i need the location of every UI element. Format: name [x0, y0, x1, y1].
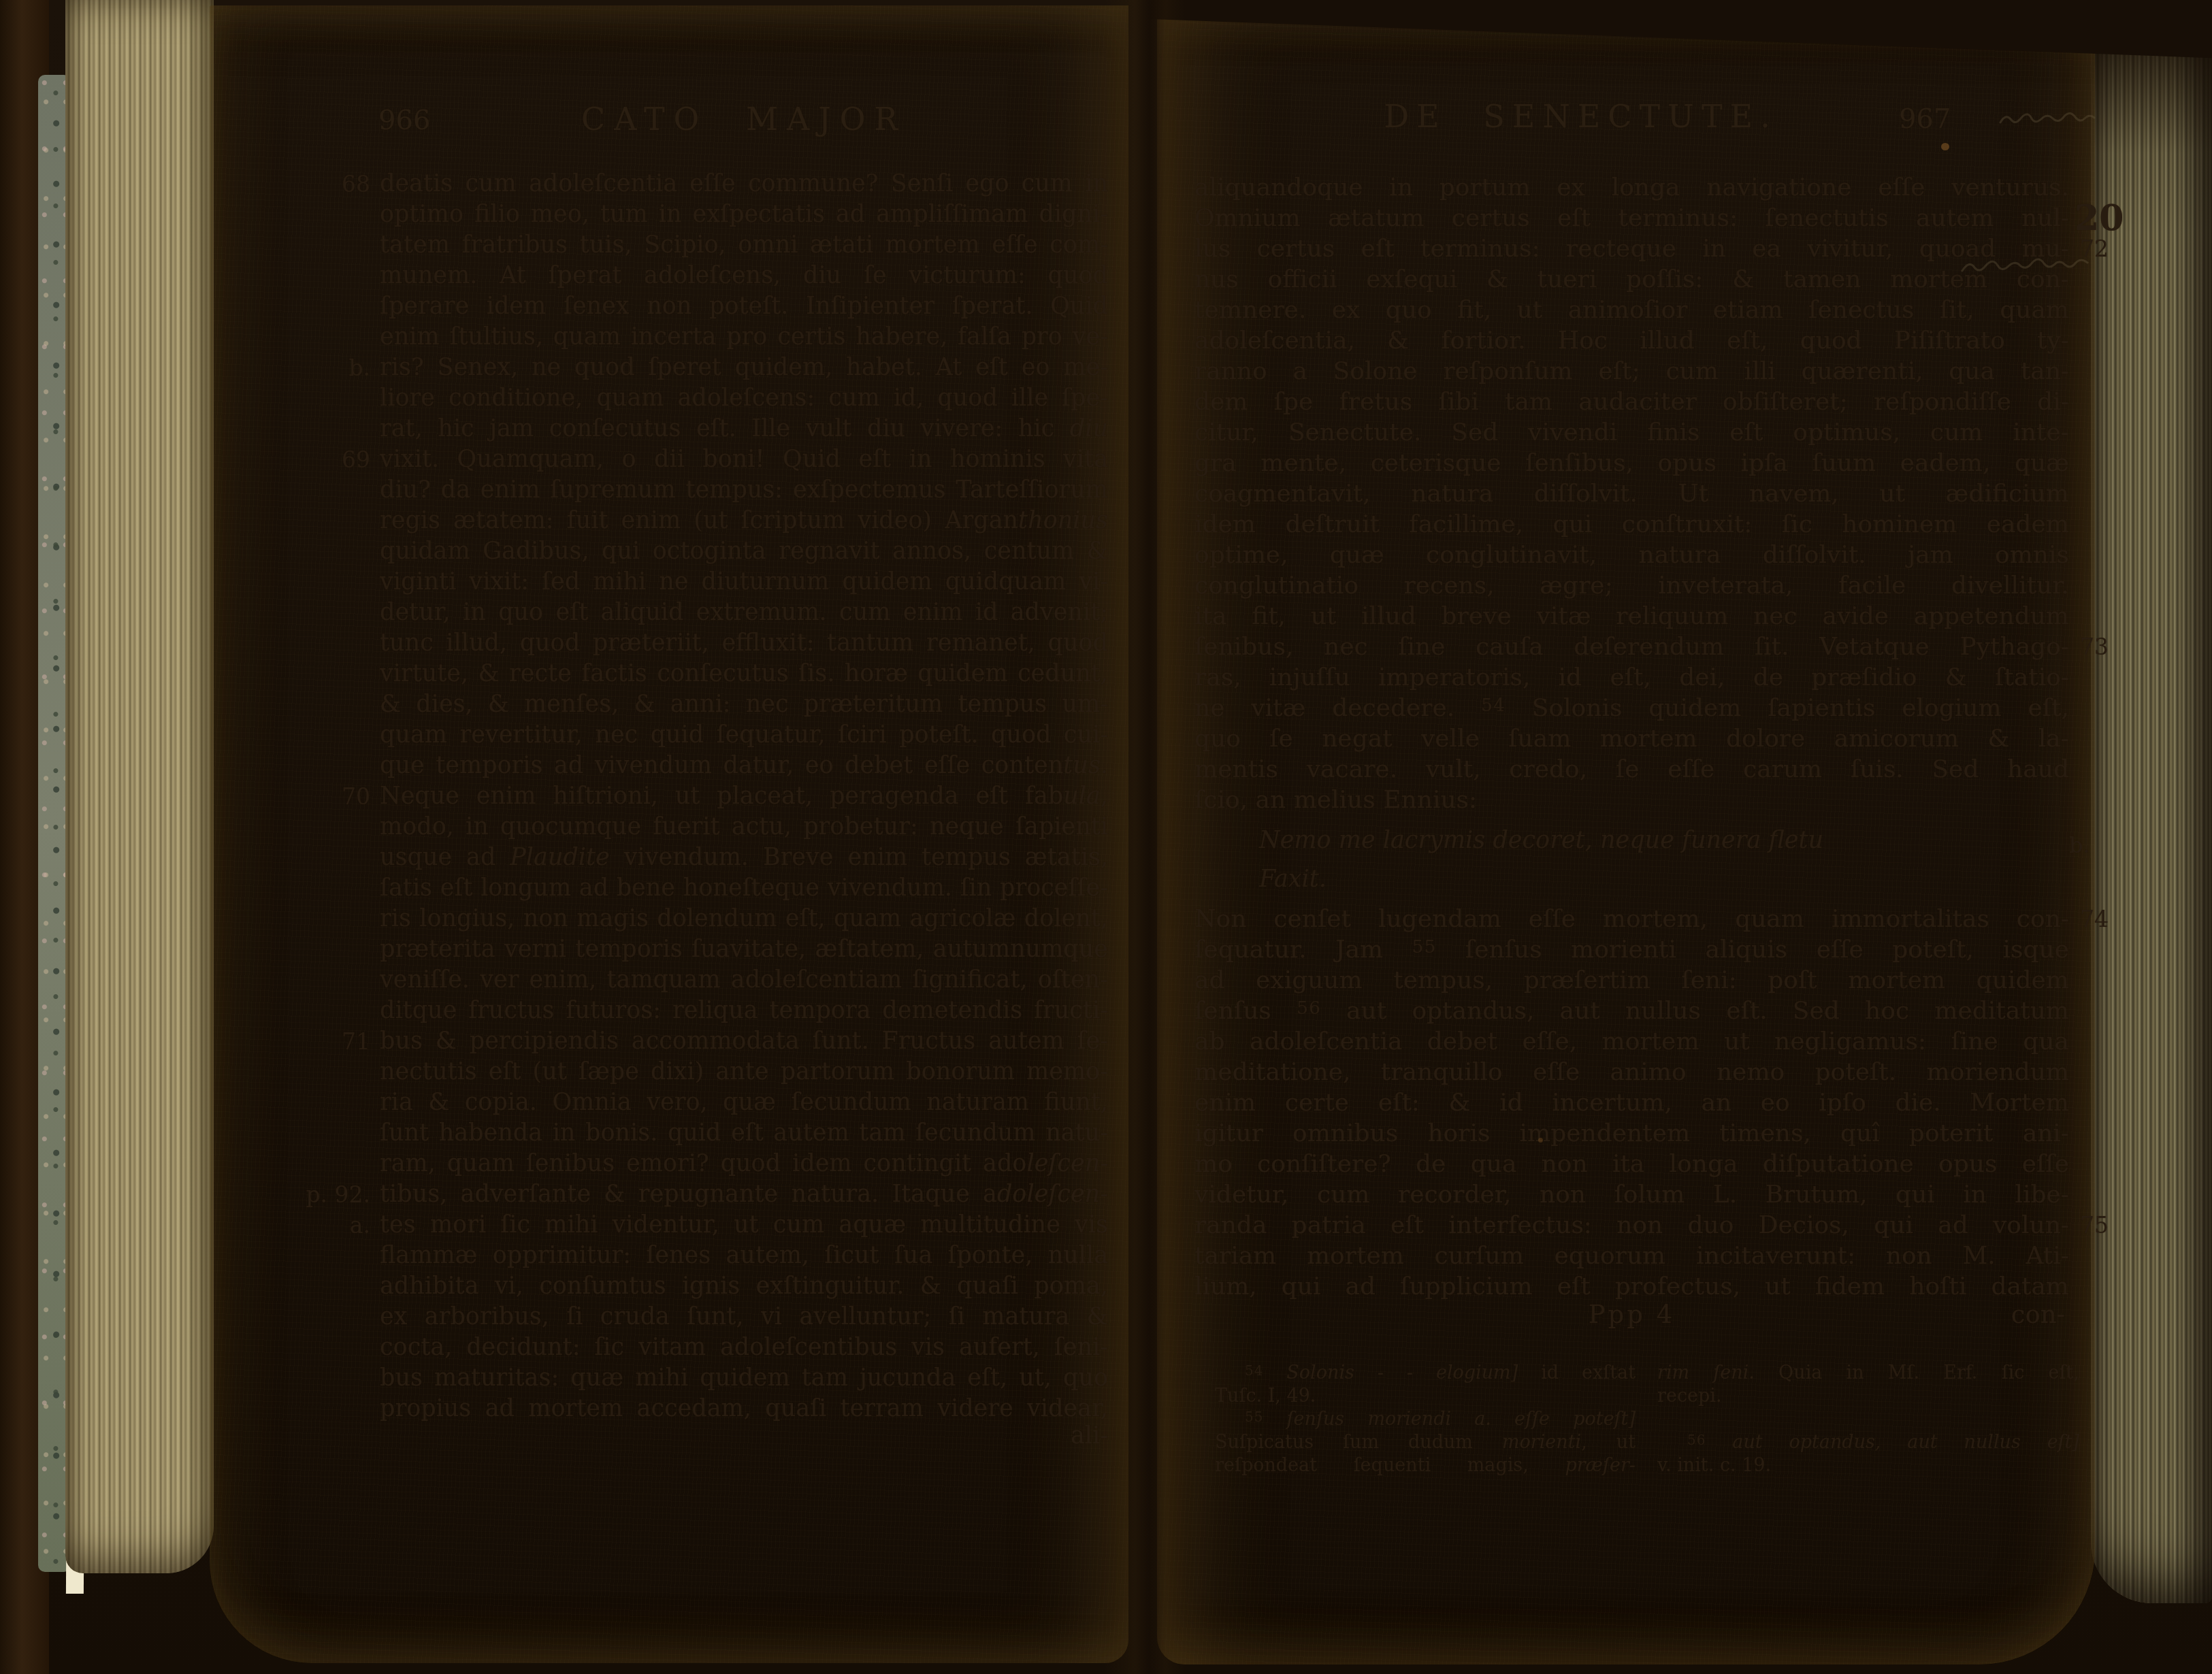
text-line: Suſpicatus ſum dudum morienti, ut — [1215, 1432, 1636, 1455]
folio-number: 966 — [378, 105, 430, 136]
text-line: mo conſiſtere? de qua non ita longa diſp… — [1194, 1150, 2069, 1181]
right-page: DE SENECTUTE. 967 aliquandoque in portum… — [1157, 8, 2095, 1664]
text-line: præterita verni temporis ſuavitate, æſta… — [380, 936, 1108, 966]
text-line: Tuſc. I, 49. — [1215, 1385, 1636, 1409]
text-line: ad exiguum tempus, præſertim ſeni: poſt … — [1194, 966, 2069, 997]
text-line: deatis cum adoleſcentia eſſe commune? Se… — [380, 170, 1108, 201]
text-line: idem deſtruit facillime, qui conſtruxit:… — [1194, 510, 2069, 541]
text-line: ris longius, non magis dolendum eſt, qua… — [380, 905, 1108, 936]
text-line: coagmentavit, natura diſſolvit. Ut navem… — [1194, 480, 2069, 510]
age-spot — [1941, 143, 1949, 150]
text-line: ſatis eſt longum ad bene honeſteque vive… — [380, 874, 1108, 905]
margin-number: 74 — [2080, 906, 2109, 932]
text-line: 54 Solonis - - elogium] id exſtat — [1215, 1362, 1636, 1385]
signature-mark: Ppp 4 — [1194, 1300, 2069, 1329]
text-line: optime, quæ conglutinavit, natura diſſol… — [1194, 541, 2069, 572]
text-line: ab adoleſcentia debet eſſe, mortem ut ne… — [1194, 1028, 2069, 1058]
text-line: nectutis eſt (ut ſæpe dixi) ante partoru… — [380, 1058, 1108, 1089]
text-line: enim ſtultius, quam incerta pro certis h… — [380, 323, 1108, 354]
text-line: ſcio, an melius Ennius: — [1194, 786, 2069, 817]
text-line: v. init. c. 19. — [1657, 1455, 2079, 1478]
left-page: 966 CATO MAJOR deatis cum adoleſcentia e… — [210, 5, 1128, 1663]
text-line: lus certus eſt terminus: recteque in ea … — [1194, 235, 2069, 265]
catchword: con- — [2011, 1300, 2065, 1329]
text-line: veniſſe. ver enim, tamquam adoleſcentiam… — [380, 966, 1108, 997]
text-line: dem ſpe fretus ſibi tam audaciter obſiſt… — [1194, 388, 2069, 419]
text-line: tibus, adverſante & repugnante natura. I… — [380, 1181, 1108, 1211]
pencil-annotation — [1959, 245, 2095, 293]
verse-quote: Nemo me lacrymis decoret, neque funera f… — [1259, 827, 1987, 904]
margin-number: a. — [350, 1212, 370, 1238]
text-line: enim certe eſt: & id incertum, an eo ipſ… — [1194, 1089, 2069, 1119]
right-text-block-upper: aliquandoque in portum ex longa navigati… — [1194, 174, 2069, 817]
pencil-annotation — [1998, 95, 2100, 143]
folio-number: 967 — [1899, 103, 1951, 135]
footnote-column-left: 54 Solonis - - elogium] id exſtatTuſc. I… — [1215, 1362, 1636, 1478]
text-line: ſenſus 56 aut optandus, aut nullus eſt. … — [1194, 997, 2069, 1028]
text-line: ita fit, ut illud breve vitæ reliquum ne… — [1194, 602, 2069, 633]
margin-number: 20 — [2075, 197, 2124, 239]
text-line: adhibita vi, conſumtus ignis exſtinguitu… — [380, 1273, 1108, 1303]
running-title: DE SENECTUTE. — [1194, 98, 1967, 135]
footnote-column-right: rim ſeni. Quia in Mſ. Erf. ſic eſt,recep… — [1657, 1362, 2079, 1478]
text-line: 56 aut optandus, aut nullus eſt] — [1657, 1432, 2079, 1455]
right-text-block-lower: Non cenſet lugendam eſſe mortem, quam im… — [1194, 905, 2069, 1303]
margin-number: 70 — [342, 783, 370, 810]
text-line: ſunt habenda in bonis. quid eſt autem ta… — [380, 1119, 1108, 1150]
text-line: flammæ opprimitur: ſenes autem, ſicut ſu… — [380, 1242, 1108, 1273]
text-line: bus & percipiendis accommodata ſunt. Fru… — [380, 1028, 1108, 1058]
text-line: citur, Senectute. Sed vivendi finis eſt … — [1194, 419, 2069, 449]
text-line: quo ſe negat velle ſuam mortem dolore am… — [1194, 725, 2069, 755]
text-line: ram, quam ſenibus emori? quod idem conti… — [380, 1150, 1108, 1181]
text-line: regis ætatem: fuit enim (ut ſcriptum vid… — [380, 507, 1108, 538]
text-line: Nemo me lacrymis decoret, neque funera f… — [1259, 827, 1987, 866]
text-line: tunc illud, quod præteriit, effluxit: ta… — [380, 629, 1108, 660]
text-line: liore conditione, quam adoleſcens: cum i… — [380, 384, 1108, 415]
text-line: detur, in quo eſt aliquid extremum. cum … — [380, 599, 1108, 629]
text-line: 55 ſenſus moriendi a. eſſe poteſt] — [1215, 1409, 1636, 1432]
signature-row: Ppp 4 con- — [1194, 1300, 2069, 1329]
text-line: meditatione, tranquillo eſſe animo nemo … — [1194, 1058, 2069, 1089]
text-line: aliquandoque in portum ex longa navigati… — [1194, 174, 2069, 204]
text-line: cocta, decidunt: ſic vitam adoleſcentibu… — [380, 1334, 1108, 1364]
margin-number: p. 92. — [306, 1181, 370, 1208]
text-line: optimo filio meo, tum in exſpectatis ad … — [380, 201, 1108, 231]
text-line: temnere. ex quo fit, ut animoſior etiam … — [1194, 296, 2069, 327]
text-line: Omnium ætatum certus eſt terminus: ſenec… — [1194, 204, 2069, 235]
text-line: ris? Senex, ne quod ſperet quidem, habet… — [380, 354, 1108, 384]
book-photo: 966 CATO MAJOR deatis cum adoleſcentia e… — [0, 0, 2212, 1674]
left-page-header: 966 CATO MAJOR — [380, 101, 1108, 137]
text-line: conglutinatio recens, ægre; inveterata, … — [1194, 572, 2069, 602]
text-line: quidam Gadibus, qui octoginta regnavit a… — [380, 538, 1108, 568]
text-line: ras, injuſſu imperatoris, id eſt, dei, d… — [1194, 663, 2069, 694]
margin-number: 75 — [2080, 1212, 2109, 1238]
text-line: bus maturitas: quæ mihi quidem tam jucun… — [380, 1364, 1108, 1395]
text-line: randa patria eſt interfectus: non duo De… — [1194, 1211, 2069, 1242]
text-line: igitur omnibus horis impendentem timens,… — [1194, 1119, 2069, 1150]
text-line: Non cenſet lugendam eſſe mortem, quam im… — [1194, 905, 2069, 936]
text-line: ex arboribus, ſi cruda ſunt, vi avellunt… — [380, 1303, 1108, 1334]
text-line: tatem fratribus tuis, Scipio, omni ætati… — [380, 231, 1108, 262]
left-text-block: deatis cum adoleſcentia eſſe commune? Se… — [380, 170, 1108, 1426]
fore-edge-right — [2091, 18, 2212, 1603]
text-line: munem. At ſperat adoleſcens, diu ſe vict… — [380, 262, 1108, 293]
margin-number: 69 — [342, 446, 370, 473]
age-spot — [1538, 1138, 1543, 1143]
text-line: viginti vixit: ſed mihi ne diuturnum qui… — [380, 568, 1108, 599]
text-line — [1657, 1409, 2079, 1432]
text-line: videtur, cum recorder, non ſolum L. Brut… — [1194, 1181, 2069, 1211]
margin-number: 68 — [342, 171, 370, 197]
fore-edge-left — [65, 0, 214, 1573]
text-line: tes mori ſic mihi videntur, ut cum aquæ … — [380, 1211, 1108, 1242]
text-line: reſpondeat ſequenti magis, præſer- — [1215, 1455, 1636, 1478]
text-line: Neque enim hiſtrioni, ut placeat, perage… — [380, 783, 1108, 813]
text-line: nus officii exſequi & tueri poſſis: & ta… — [1194, 265, 2069, 296]
right-page-header: DE SENECTUTE. 967 — [1194, 98, 2069, 135]
text-line: ditque fructus futuros: reliqua tempora … — [380, 997, 1108, 1028]
text-line: rim ſeni. Quia in Mſ. Erf. ſic eſt, — [1657, 1362, 2079, 1385]
text-line: rat, hic jam conſecutus eſt. Ille vult d… — [380, 415, 1108, 446]
margin-number: b. — [348, 355, 370, 381]
text-line: diu? da enim ſupremum tempus: exſpectemu… — [380, 476, 1108, 507]
text-line: Faxit. — [1259, 866, 1987, 904]
margin-number: 73 — [2080, 634, 2109, 660]
text-line: tariam mortem curſum equorum incitaverun… — [1194, 1242, 2069, 1273]
text-line: gra mente, ceterisque ſenſibus, opus ipſ… — [1194, 449, 2069, 480]
catchword: ali- — [380, 1422, 1108, 1449]
text-line: ranno a Solone reſponſum eſt; cum illi q… — [1194, 357, 2069, 388]
text-line: usque ad Plaudite vivendum. Breve enim t… — [380, 844, 1108, 874]
text-line: ne vitæ decedere. 54 Solonis quidem ſapi… — [1194, 694, 2069, 725]
text-line: modo, in quocumque fuerit actu, probetur… — [380, 813, 1108, 844]
text-line: ſenibus, nec ſine cauſa deſerendum ſit. … — [1194, 633, 2069, 663]
text-line: ſperare idem ſenex non poteſt. Inſipient… — [380, 293, 1108, 323]
text-line: vixit. Quamquam, o dii boni! Quid eſt in… — [380, 446, 1108, 476]
text-line: ſequatur. Jam 55 ſenſus morienti aliquis… — [1194, 936, 2069, 966]
margin-number: b. — [2069, 832, 2090, 858]
text-line: ria & copia. Omnia vero, quæ ſecundum na… — [380, 1089, 1108, 1119]
text-line: propius ad mortem accedam, quaſi terram … — [380, 1395, 1108, 1426]
text-line: adoleſcentia, & fortior. Hoc illud eſt, … — [1194, 327, 2069, 357]
text-line: lium, qui ad ſupplicium eſt profectus, u… — [1194, 1273, 2069, 1303]
text-line: recepi. — [1657, 1385, 2079, 1409]
margin-number: 71 — [342, 1028, 370, 1055]
text-line: que temporis ad vivendum datur, eo debet… — [380, 752, 1108, 783]
text-line: quam revertitur, nec quid ſequatur, ſcir… — [380, 721, 1108, 752]
text-line: virtute, & recte factis conſecutus ſis. … — [380, 660, 1108, 691]
running-title: CATO MAJOR — [380, 101, 1108, 137]
text-line: & dies, & menſes, & anni: nec præteritum… — [380, 691, 1108, 721]
text-line: mentis vacare. vult, credo, ſe eſſe caru… — [1194, 755, 2069, 786]
